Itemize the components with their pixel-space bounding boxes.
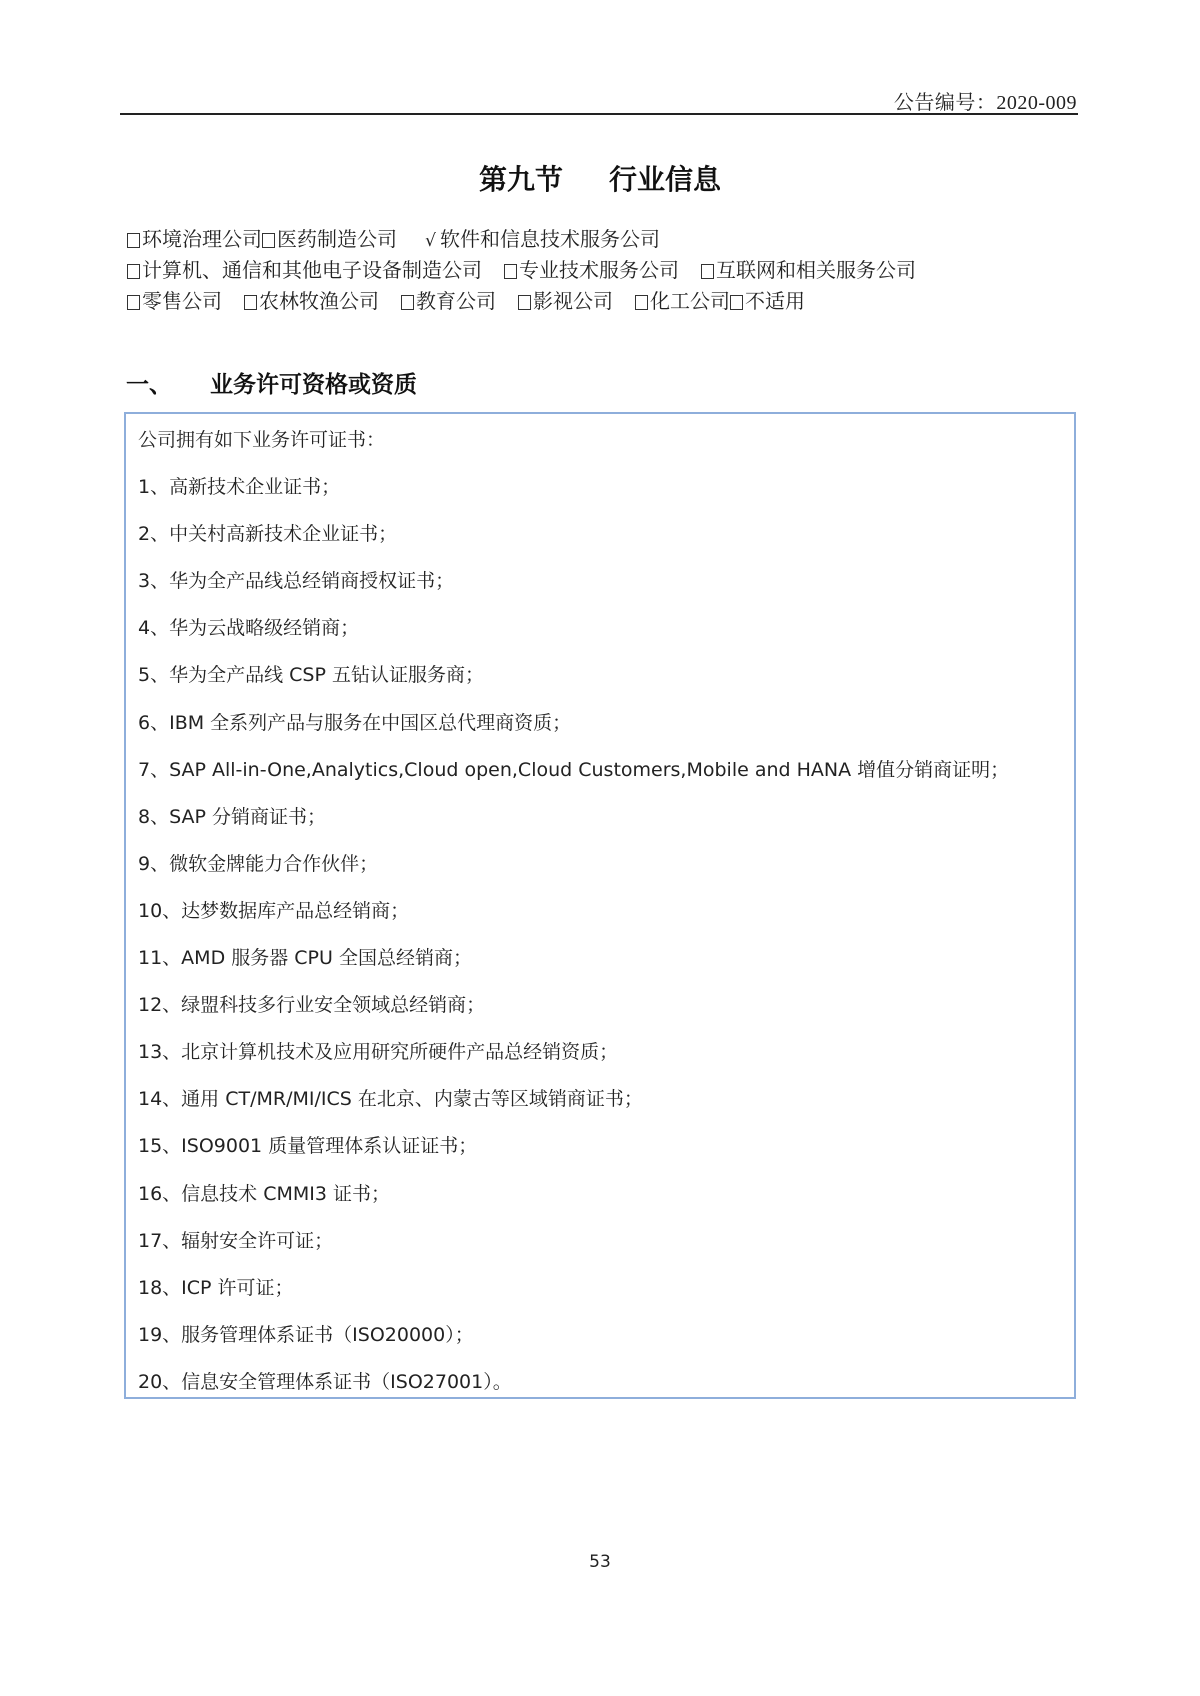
license-box: 公司拥有如下业务许可证书： 1、高新技术企业证书； 2、中关村高新技术企业证书；… — [124, 412, 1076, 1399]
industry-option-pharma[interactable]: 医药制造公司 — [262, 224, 397, 255]
list-item: 16、信息技术 CMMI3 证书； — [138, 1178, 1064, 1225]
list-item: 15、ISO9001 质量管理体系认证证书； — [138, 1130, 1064, 1177]
section-heading: 一、业务许可资格或资质 — [126, 366, 417, 399]
checkbox-unchecked-icon[interactable] — [244, 295, 257, 310]
checkbox-unchecked-icon[interactable] — [730, 295, 743, 310]
section-heading-number: 一、 — [126, 366, 210, 399]
list-item: 18、ICP 许可证； — [138, 1272, 1064, 1319]
section-name: 行业信息 — [609, 163, 721, 196]
industry-option-agriculture[interactable]: 农林牧渔公司 — [244, 286, 379, 317]
checkbox-unchecked-icon[interactable] — [127, 295, 140, 310]
checkbox-unchecked-icon[interactable] — [127, 233, 140, 248]
list-item: 7、SAP All-in-One,Analytics,Cloud open,Cl… — [138, 754, 1064, 801]
list-item: 11、AMD 服务器 CPU 全国总经销商； — [138, 942, 1064, 989]
list-item: 5、华为全产品线 CSP 五钻认证服务商； — [138, 659, 1064, 706]
industry-option-environment[interactable]: 环境治理公司 — [127, 224, 262, 255]
checkbox-unchecked-icon[interactable] — [401, 295, 414, 310]
section-heading-text: 业务许可资格或资质 — [210, 372, 417, 398]
industry-option-retail[interactable]: 零售公司 — [127, 286, 222, 317]
industry-checklist: 环境治理公司医药制造公司√软件和信息技术服务公司 计算机、通信和其他电子设备制造… — [127, 224, 916, 317]
list-item: 8、SAP 分销商证书； — [138, 801, 1064, 848]
list-item: 12、绿盟科技多行业安全领域总经销商； — [138, 989, 1064, 1036]
announcement-number: 公告编号：2020-009 — [894, 86, 1077, 115]
industry-row-2: 计算机、通信和其他电子设备制造公司专业技术服务公司互联网和相关服务公司 — [127, 255, 916, 286]
section-number: 第九节 — [479, 163, 563, 196]
checkbox-unchecked-icon[interactable] — [127, 264, 140, 279]
industry-row-1: 环境治理公司医药制造公司√软件和信息技术服务公司 — [127, 224, 916, 255]
list-item: 9、微软金牌能力合作伙伴； — [138, 848, 1064, 895]
list-item: 20、信息安全管理体系证书（ISO27001）。 — [138, 1366, 1064, 1413]
header-divider — [120, 113, 1078, 115]
list-item: 6、IBM 全系列产品与服务在中国区总代理商资质； — [138, 707, 1064, 754]
checkmark-icon[interactable]: √ — [423, 226, 438, 257]
license-list: 公司拥有如下业务许可证书： 1、高新技术企业证书； 2、中关村高新技术企业证书；… — [138, 424, 1064, 1413]
list-item: 13、北京计算机技术及应用研究所硬件产品总经销资质； — [138, 1036, 1064, 1083]
industry-option-not-applicable[interactable]: 不适用 — [730, 286, 805, 317]
checkbox-unchecked-icon[interactable] — [262, 233, 275, 248]
list-item: 10、达梦数据库产品总经销商； — [138, 895, 1064, 942]
list-item: 4、华为云战略级经销商； — [138, 612, 1064, 659]
checkbox-unchecked-icon[interactable] — [518, 295, 531, 310]
list-item: 17、辐射安全许可证； — [138, 1225, 1064, 1272]
industry-option-education[interactable]: 教育公司 — [401, 286, 496, 317]
industry-option-professional-services[interactable]: 专业技术服务公司 — [504, 255, 679, 286]
page-title: 第九节行业信息 — [0, 158, 1200, 198]
list-item: 3、华为全产品线总经销商授权证书； — [138, 565, 1064, 612]
checkbox-unchecked-icon[interactable] — [701, 264, 714, 279]
list-item: 1、高新技术企业证书； — [138, 471, 1064, 518]
industry-option-electronics[interactable]: 计算机、通信和其他电子设备制造公司 — [127, 255, 482, 286]
industry-option-internet[interactable]: 互联网和相关服务公司 — [701, 255, 916, 286]
list-item: 19、服务管理体系证书（ISO20000）； — [138, 1319, 1064, 1366]
list-item: 2、中关村高新技术企业证书； — [138, 518, 1064, 565]
industry-option-film[interactable]: 影视公司 — [518, 286, 613, 317]
checkbox-unchecked-icon[interactable] — [504, 264, 517, 279]
industry-row-3: 零售公司农林牧渔公司教育公司影视公司化工公司不适用 — [127, 286, 916, 317]
page-number: 53 — [0, 1552, 1200, 1572]
checkbox-unchecked-icon[interactable] — [635, 295, 648, 310]
industry-option-software[interactable]: √软件和信息技术服务公司 — [423, 224, 660, 257]
list-item: 14、通用 CT/MR/MI/ICS 在北京、内蒙古等区域销商证书； — [138, 1083, 1064, 1130]
industry-option-chemical[interactable]: 化工公司 — [635, 286, 730, 317]
license-intro: 公司拥有如下业务许可证书： — [138, 424, 1064, 471]
